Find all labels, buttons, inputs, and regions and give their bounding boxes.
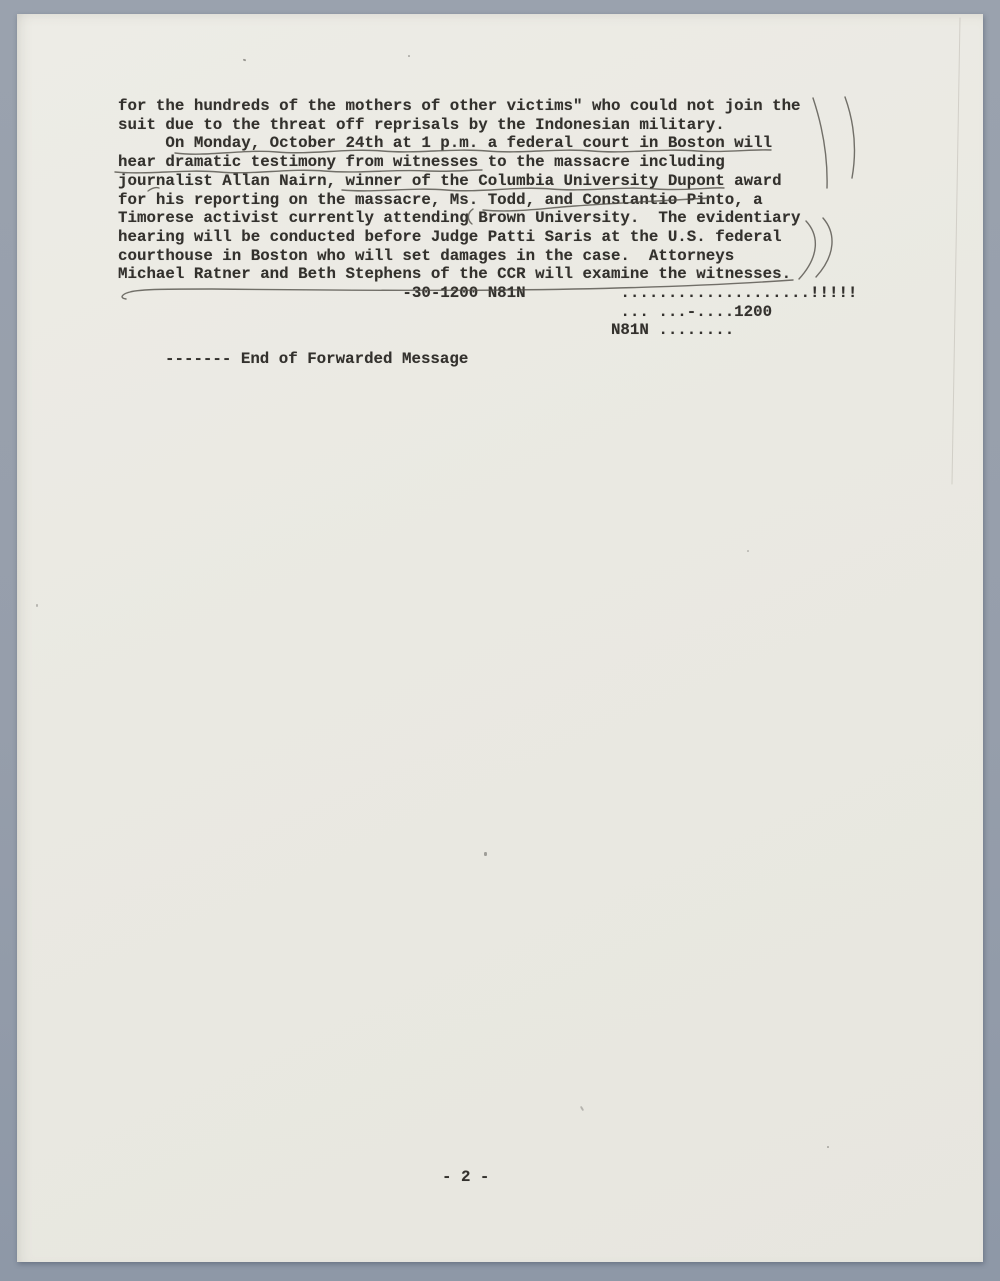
page-number: - 2 -	[442, 1168, 489, 1187]
dust-speck	[827, 1146, 829, 1148]
dust-speck	[747, 550, 749, 552]
dust-speck	[243, 59, 247, 62]
paper-crease-line	[952, 18, 960, 484]
dust-speck	[580, 1106, 584, 1111]
scanned-document-screenshot: { "page": { "number_label": "- 2 -", "co…	[0, 0, 1000, 1281]
dust-speck	[36, 604, 38, 607]
document-page: for the hundreds of the mothers of other…	[17, 14, 983, 1262]
dust-speck	[484, 852, 487, 856]
end-of-forwarded-message: ------- End of Forwarded Message	[165, 350, 468, 369]
typewritten-body: for the hundreds of the mothers of other…	[118, 97, 857, 340]
dust-speck	[408, 55, 410, 57]
